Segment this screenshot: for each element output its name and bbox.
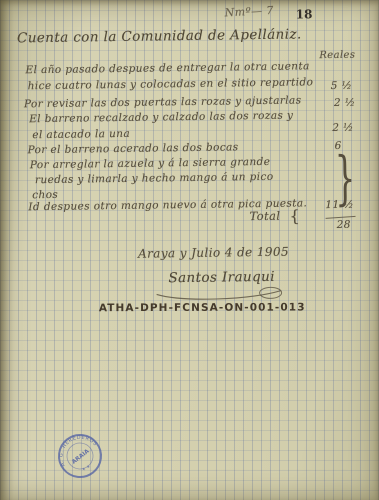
entry-line: Por arreglar la azuela y á la sierra gra… (30, 156, 271, 171)
entry-amount: 2 ½ (332, 122, 354, 134)
scanned-document-page: Nmº— 7 18 Cuenta con la Comunidad de Ape… (0, 0, 379, 500)
archive-reference-code: ATHA-DPH-FCNSA-ON-001-013 (99, 301, 306, 314)
entry-line: chos (32, 189, 58, 201)
entry-line: Por el barreno acerado las dos bocas (28, 141, 239, 156)
page-number: 18 (296, 7, 313, 21)
entry-amount: 5 ½ (331, 80, 353, 92)
total-amount: 28 (337, 219, 351, 231)
entry-line: ruedas y limarla y hecho mango á un pico (35, 171, 274, 186)
handwritten-content: Nmº— 7 18 Cuenta con la Comunidad de Ape… (0, 0, 379, 500)
entry-line: el atacado la una (32, 128, 130, 141)
entry-amount: 2 ½ (334, 97, 356, 109)
currency-column-header: Reales (319, 50, 355, 62)
total-label: Total (249, 209, 280, 223)
entry-line: Por revisar las dos puertas las rozas y … (24, 94, 302, 110)
document-number: Nmº— 7 (224, 4, 274, 19)
entry-line: El barreno recalzado y calzado las dos r… (29, 110, 293, 126)
stamp-center-text: ARAIA (71, 448, 91, 465)
date-line: Araya y Julio 4 de 1905 (138, 245, 289, 261)
account-title: Cuenta con la Comunidad de Apellániz. (17, 26, 302, 46)
grouping-brace: } (335, 144, 356, 212)
entry-line: hice cuatro lunas y colocadas en el siti… (28, 76, 314, 92)
total-brace: { (289, 206, 300, 225)
entry-line: El año pasado despues de entregar la otr… (25, 60, 309, 76)
